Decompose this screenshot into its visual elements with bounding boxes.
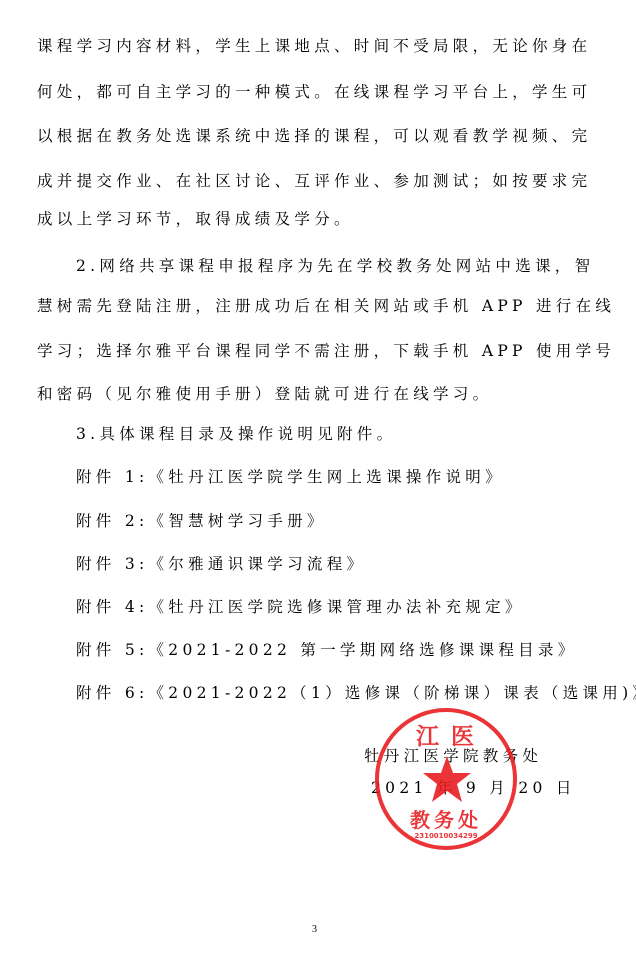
- paragraph1-line-2: 何处，都可自主学习的一种模式。在线课程学习平台上，学生可: [37, 82, 591, 102]
- paragraph3: 3.具体课程目录及操作说明见附件。: [76, 424, 396, 444]
- paragraph1-line-1: 课程学习内容材料，学生上课地点、时间不受局限，无论你身在: [37, 36, 591, 56]
- paragraph1-line-5: 成以上学习环节，取得成绩及学分。: [37, 209, 354, 229]
- paragraph1-line-3: 以根据在教务处选课系统中选择的课程，可以观看教学视频、完: [37, 126, 591, 146]
- paragraph2-line-4: 和密码（见尔雅使用手册）登陆就可进行在线学习。: [37, 384, 492, 404]
- paragraph2-line-3: 学习；选择尔雅平台课程同学不需注册，下载手机 APP 使用学号: [37, 341, 615, 361]
- page-number: 3: [312, 924, 317, 935]
- paragraph2-line-1: 2.网络共享课程申报程序为先在学校教务处网站中选课，智: [76, 256, 594, 276]
- signature-date: 2021 年 9 月 20 日: [371, 778, 576, 798]
- attachment-1: 附件 1:《牡丹江医学院学生网上选课操作说明》: [76, 467, 505, 487]
- seal-bottom-text: 教务处: [379, 804, 513, 833]
- attachment-6: 附件 6:《2021-2022（1）选修课（阶梯课）课表（选课用)》: [76, 683, 636, 703]
- paragraph2-line-2: 慧树需先登陆注册，注册成功后在相关网站或手机 APP 进行在线: [37, 296, 615, 316]
- attachment-3: 附件 3:《尔雅通识课学习流程》: [76, 554, 366, 574]
- attachment-4: 附件 4:《牡丹江医学院选修课管理办法补充规定》: [76, 597, 525, 617]
- attachment-2: 附件 2:《智慧树学习手册》: [76, 511, 327, 531]
- attachment-5: 附件 5:《2021-2022 第一学期网络选修课课程目录》: [76, 640, 578, 660]
- paragraph1-line-4: 成并提交作业、在社区讨论、互评作业、参加测试；如按要求完: [37, 171, 591, 191]
- seal-code: 2310010034299: [379, 832, 513, 840]
- signature-office: 牡丹江医学院教务处: [364, 746, 542, 766]
